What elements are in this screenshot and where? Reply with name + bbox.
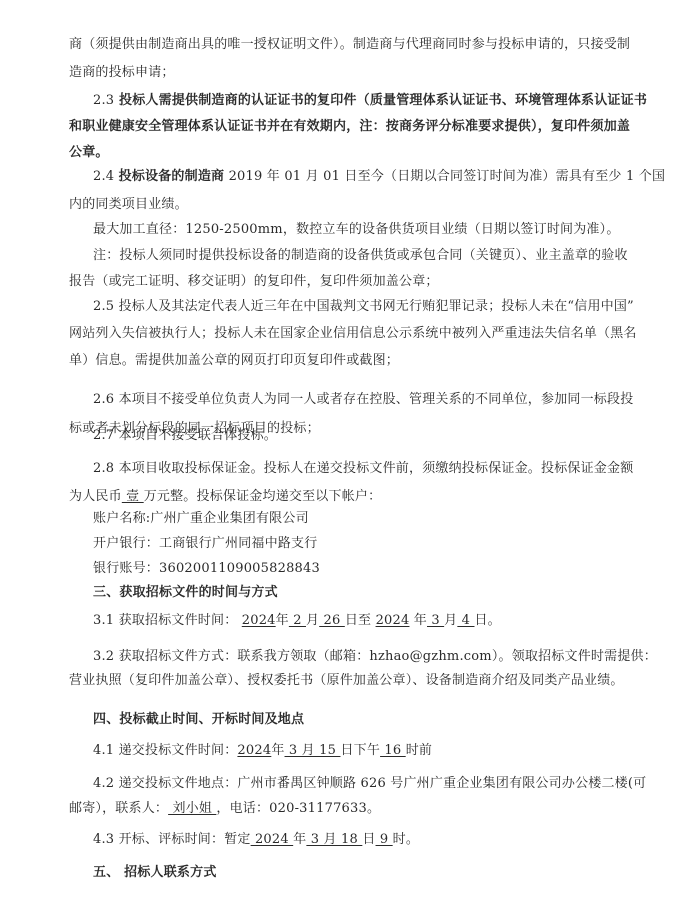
unit-text: 年: [271, 743, 284, 758]
clause-text: 邮寄），联系人：: [69, 801, 168, 816]
end-year: 2024: [376, 613, 410, 628]
clause-2-4-diameter: 最大加工直径：1250-2500mm，数控立车的设备供货项目业绩（日期以签订时间…: [93, 221, 620, 239]
clause-number: 2.3: [93, 93, 114, 108]
start-day: 26: [319, 613, 345, 628]
deadline-month-day: 3 月 15: [285, 743, 341, 758]
clause-2-7-text: 2.7 本项目不接受联合体投标。: [93, 427, 277, 445]
unit-text: 年: [276, 613, 289, 628]
clause-2-3-line-3: 公章。: [69, 144, 109, 162]
clause-4-2-line-2: 邮寄），联系人： 刘小姐 ，电话：020-31177633。: [69, 800, 380, 818]
unit-text: 时前: [406, 743, 432, 758]
account-name: 账户名称:广州广重企业集团有限公司: [93, 510, 309, 528]
start-year: 2024: [242, 613, 276, 628]
clause-bold-text: 投标设备的制造商: [119, 169, 225, 184]
unit-text: 年: [414, 613, 427, 628]
clause-text: 万元整。投标保证金均递交至以下帐户：: [144, 489, 382, 504]
deadline-hour: 16: [380, 743, 406, 758]
deadline-year: 2024: [237, 743, 271, 758]
unit-text: 时。: [393, 832, 419, 847]
deposit-amount: 壹: [122, 489, 144, 504]
clause-2-3-line-2: 和职业健康安全管理体系认证证书并在有效期内，注：按商务评分标准要求提供），复印件…: [69, 118, 630, 136]
section-5-heading: 五、 招标人联系方式: [93, 864, 217, 882]
paragraph-continuation-line-1: 商（须提供由制造商出具的唯一授权证明文件）。制造商与代理商同时参与投标申请的，只…: [69, 36, 630, 54]
clause-number: 2.4: [93, 169, 114, 184]
opening-month-day: 3 月 18: [306, 832, 362, 847]
start-month: 2: [289, 613, 306, 628]
account-number: 银行账号：3602001109005828843: [93, 560, 320, 578]
unit-text: 年: [293, 832, 306, 847]
clause-2-3-line-1: 2.3 投标人需提供制造商的认证证书的复印件（质量管理体系认证证书、环境管理体系…: [93, 92, 647, 110]
clause-text: 投标人需提供制造商的认证证书的复印件（质量管理体系认证证书、环境管理体系认证证书: [119, 93, 647, 108]
clause-3-2-line-2: 营业执照（复印件加盖公章）、授权委托书（原件加盖公章）、设备制造商介绍及同类产品…: [69, 672, 624, 690]
clause-4-1: 4.1 递交投标文件时间：2024年 3 月 15 日下午 16 时前: [93, 742, 432, 760]
section-3-heading: 三、获取招标文件的时间与方式: [93, 584, 278, 602]
contact-person: 刘小姐: [168, 801, 216, 816]
clause-2-5-line-3: 单）信息。需提供加盖公章的网页打印页复印件或截图；: [69, 352, 399, 370]
opening-year: 2024: [251, 832, 294, 847]
unit-text: 日: [362, 832, 375, 847]
clause-text: 为人民币: [69, 489, 122, 504]
clause-2-4-note-line-1: 注：投标人须同时提供投标设备的制造商的设备供货或承包合同（关键页）、业主盖章的验…: [93, 247, 628, 265]
clause-2-8-line-2: 为人民币 壹 万元整。投标保证金均递交至以下帐户：: [69, 488, 381, 506]
paragraph-continuation-line-2: 造商的投标申请；: [69, 64, 175, 82]
clause-4-2-line-1: 4.2 递交投标文件地点：广州市番禺区钟顺路 626 号广州广重企业集团有限公司…: [93, 775, 646, 793]
clause-label: 4.3 开标、评标时间：暂定: [93, 832, 251, 847]
clause-label: 3.1 获取招标文件时间：: [93, 613, 237, 628]
clause-2-5-line-1: 2.5 投标人及其法定代表人近三年在中国裁判文书网无行贿犯罪记录；投标人未在“信…: [93, 298, 634, 316]
account-bank: 开户银行：工商银行广州同福中路支行: [93, 535, 317, 553]
end-day: 4: [457, 613, 474, 628]
unit-text: 月: [444, 613, 457, 628]
clause-2-6-line-1: 2.6 本项目不接受单位负责人为同一人或者存在控股、管理关系的不同单位，参加同一…: [93, 391, 633, 409]
clause-2-4-line-2: 内的同类项目业绩。: [69, 196, 188, 214]
clause-4-3: 4.3 开标、评标时间：暂定 2024 年 3 月 18 日 9 时。: [93, 831, 419, 849]
clause-2-5-line-2: 网站列入失信被执行人；投标人未在国家企业信用信息公示系统中被列入严重违法失信名单…: [69, 325, 637, 343]
end-month: 3: [427, 613, 444, 628]
clause-2-4-line-1: 2.4 投标设备的制造商 2019 年 01 月 01 日至今（日期以合同签订时…: [93, 168, 665, 186]
clause-3-2-line-1: 3.2 获取招标文件方式：联系我方领取（邮箱：hzhao@gzhm.com）。领…: [93, 648, 657, 666]
clause-2-8-line-1: 2.8 本项目收取投标保证金。投标人在递交投标文件前，须缴纳投标保证金。投标保证…: [93, 460, 633, 478]
unit-text: 月: [306, 613, 319, 628]
unit-text: 日下午: [340, 743, 380, 758]
unit-text: 日至: [345, 613, 371, 628]
opening-hour: 9: [376, 832, 393, 847]
unit-text: 日。: [474, 613, 500, 628]
clause-text: ，电话：020-31177633。: [216, 801, 380, 816]
section-4-heading: 四、投标截止时间、开标时间及地点: [93, 711, 304, 729]
clause-text: 2019 年 01 月 01 日至今（日期以合同签订时间为准）需具有至少 1 个…: [229, 169, 666, 184]
clause-label: 4.1 递交投标文件时间：: [93, 743, 237, 758]
clause-2-4-note-line-2: 报告（或完工证明、移交证明）的复印件，复印件须加盖公章；: [69, 273, 439, 291]
clause-3-1: 3.1 获取招标文件时间： 2024年 2 月 26 日至 2024 年 3 月…: [93, 612, 501, 630]
